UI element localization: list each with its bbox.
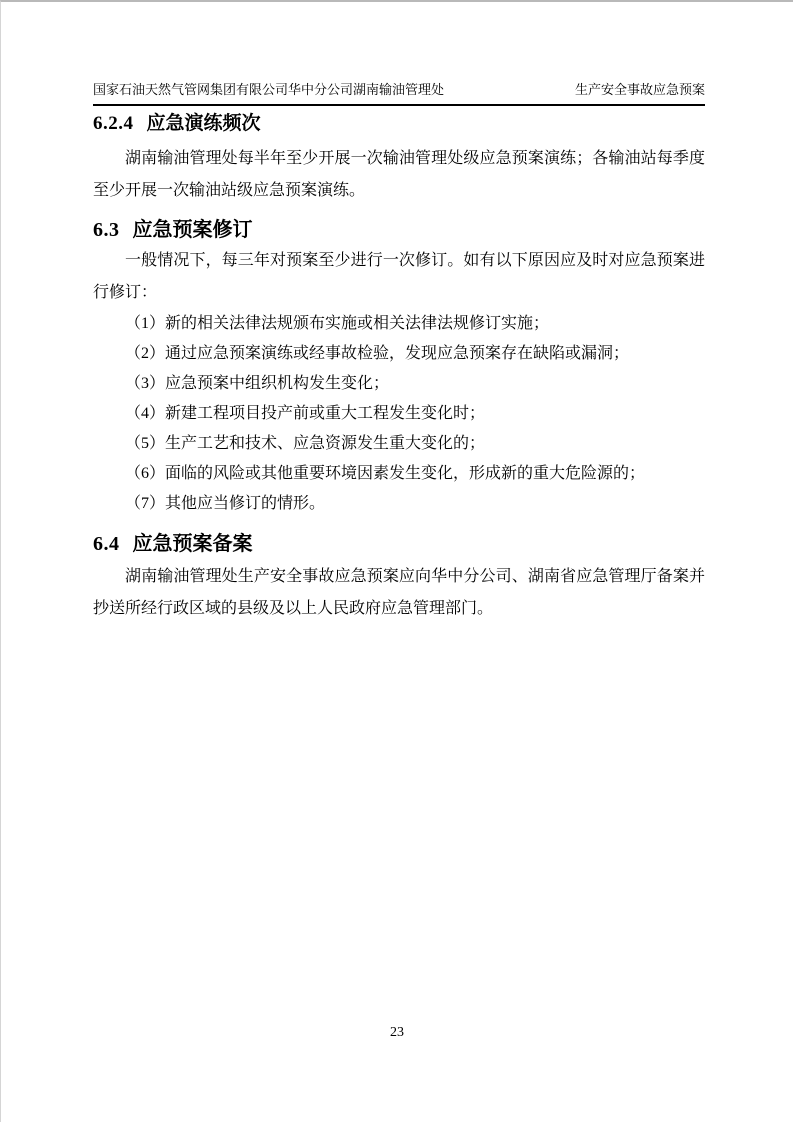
page-number: 23	[1, 1024, 793, 1041]
list-item-3: （3）应急预案中组织机构发生变化；	[93, 369, 705, 399]
paragraph-6-4: 湖南输油管理处生产安全事故应急预案应向华中分公司、湖南省应急管理厅备案并抄送所经…	[93, 561, 705, 625]
page-content: 国家石油天然气管网集团有限公司华中分公司湖南输油管理处 生产安全事故应急预案 6…	[93, 82, 705, 625]
heading-6-2-4-number: 6.2.4	[93, 113, 134, 134]
header-left-text: 国家石油天然气管网集团有限公司华中分公司湖南输油管理处	[93, 82, 444, 98]
heading-6-4-number: 6.4	[93, 533, 120, 555]
heading-6-2-4-title: 应急演练频次	[147, 113, 261, 134]
page-header: 国家石油天然气管网集团有限公司华中分公司湖南输油管理处 生产安全事故应急预案	[93, 82, 705, 106]
list-item-5: （5）生产工艺和技术、应急资源发生重大变化的；	[93, 429, 705, 459]
heading-6-3-number: 6.3	[93, 219, 120, 241]
list-item-1: （1）新的相关法律法规颁布实施或相关法律法规修订实施；	[93, 309, 705, 339]
list-item-6: （6）面临的风险或其他重要环境因素发生变化，形成新的重大危险源的；	[93, 459, 705, 489]
heading-6-4-title: 应急预案备案	[133, 533, 253, 555]
heading-6-2-4: 6.2.4应急演练频次	[93, 111, 705, 137]
document-page: 国家石油天然气管网集团有限公司华中分公司湖南输油管理处 生产安全事故应急预案 6…	[0, 0, 793, 1122]
heading-6-3: 6.3应急预案修订	[93, 217, 705, 243]
list-item-4: （4）新建工程项目投产前或重大工程发生变化时；	[93, 399, 705, 429]
heading-6-4: 6.4应急预案备案	[93, 531, 705, 557]
header-right-text: 生产安全事故应急预案	[575, 82, 705, 98]
paragraph-6-2-4: 湖南输油管理处每半年至少开展一次输油管理处级应急预案演练；各输油站每季度至少开展…	[93, 143, 705, 207]
heading-6-3-title: 应急预案修订	[133, 219, 253, 241]
list-item-2: （2）通过应急预案演练或经事故检验，发现应急预案存在缺陷或漏洞；	[93, 339, 705, 369]
paragraph-6-3-intro: 一般情况下，每三年对预案至少进行一次修订。如有以下原因应及时对应急预案进行修订：	[93, 245, 705, 309]
list-item-7: （7）其他应当修订的情形。	[93, 489, 705, 519]
